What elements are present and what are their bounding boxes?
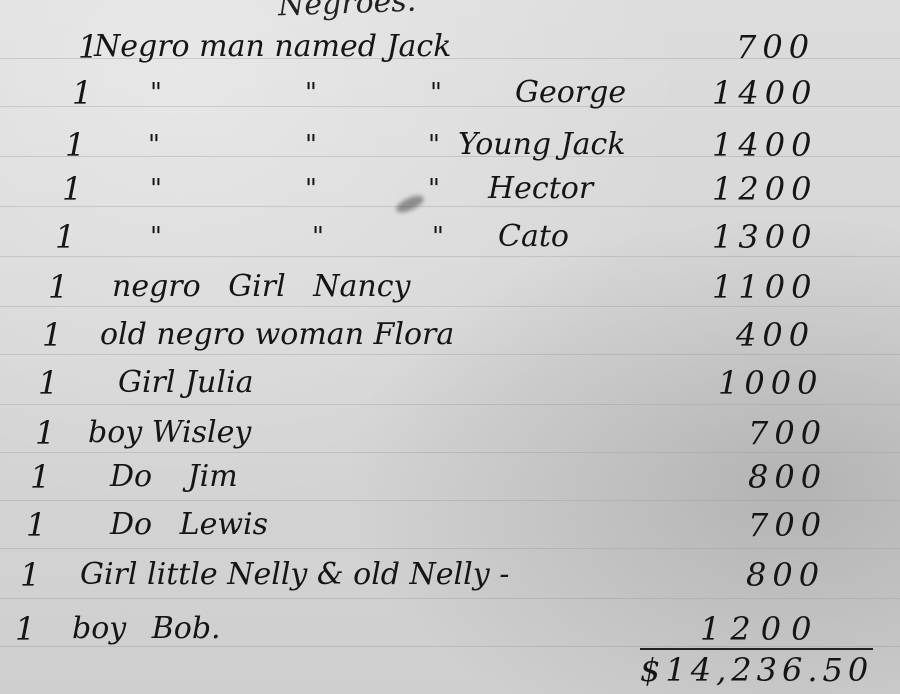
entry-value: 1300 (712, 212, 817, 262)
entry-value: 1000 (718, 358, 823, 408)
entry-quantity: 1 (42, 310, 62, 360)
entry-description: negro Girl Nancy (112, 262, 410, 312)
ledger-entry: 1 Do Jim 800 (0, 452, 900, 502)
ledger-entry: 1 Girl little Nelly & old Nelly - 800 (0, 550, 900, 600)
entry-description: Do Lewis (110, 500, 268, 550)
entry-quantity: 1 (20, 550, 40, 600)
entry-quantity: 1 (48, 262, 68, 312)
ditto-mark: " (312, 212, 324, 262)
entry-value: 1200 (712, 164, 817, 214)
ledger-entry: 1 " " " Young Jack 1400 (0, 120, 900, 170)
entry-description: old negro woman Flora (100, 310, 454, 360)
ledger-entry: 1 boy Bob. 1200 (0, 604, 900, 654)
ditto-mark: " (150, 212, 162, 262)
ledger-entry: 1 Girl Julia 1000 (0, 358, 900, 408)
ditto-mark: " (305, 68, 317, 118)
entry-value: 1400 (712, 68, 817, 118)
entry-value: 700 (748, 500, 827, 550)
entry-quantity: 1 (65, 120, 85, 170)
entry-value: 700 (748, 408, 827, 458)
entry-quantity: 1 (30, 452, 50, 502)
ledger-entry: 1 boy Wisley 700 (0, 408, 900, 458)
ditto-mark: " (148, 120, 160, 170)
entry-value: 1100 (712, 262, 817, 312)
ditto-mark: " (150, 68, 162, 118)
entry-quantity: 1 (72, 68, 92, 118)
entry-name: Young Jack (458, 120, 626, 170)
ledger-entry: 1 Negro man named Jack 700 (0, 22, 900, 72)
ledger-entry: 1 " " " George 1400 (0, 68, 900, 118)
grand-total: $14,236.50 (640, 648, 873, 690)
ledger-entry: 1 Do Lewis 700 (0, 500, 900, 550)
ditto-mark: " (430, 68, 442, 118)
ditto-mark: " (150, 164, 162, 214)
entry-description: Girl Julia (118, 358, 253, 408)
entry-value: 700 (736, 22, 815, 72)
entry-description: Negro man named Jack (94, 22, 451, 72)
entry-value: 400 (736, 310, 815, 360)
ditto-mark: " (428, 164, 440, 214)
ditto-mark: " (428, 120, 440, 170)
ledger-entry: 1 old negro woman Flora 400 (0, 310, 900, 360)
ledger-page: Negroes. 1 Negro man named Jack 700 1 " … (0, 0, 900, 694)
entry-value: 1400 (712, 120, 817, 170)
header-fragment: Negroes. (277, 0, 416, 23)
entry-description: Do Jim (110, 452, 238, 502)
entry-description: boy Wisley (88, 408, 251, 458)
entry-quantity: 1 (38, 358, 58, 408)
entry-value: 1200 (700, 604, 821, 654)
entry-value: 800 (746, 550, 825, 600)
ledger-entry: 1 " " " Hector 1200 (0, 164, 900, 214)
entry-quantity: 1 (26, 500, 46, 550)
ledger-entry: 1 negro Girl Nancy 1100 (0, 262, 900, 312)
entry-name: Cato (498, 212, 569, 262)
entry-quantity: 1 (15, 604, 35, 654)
entry-name: George (515, 68, 626, 118)
entry-quantity: 1 (55, 212, 75, 262)
ditto-mark: " (432, 212, 444, 262)
entry-quantity: 1 (35, 408, 55, 458)
entry-description: Girl little Nelly & old Nelly - (80, 550, 509, 600)
ditto-mark: " (305, 164, 317, 214)
entry-value: 800 (748, 452, 827, 502)
entry-description: boy Bob. (72, 604, 221, 654)
ditto-mark: " (305, 120, 317, 170)
entry-quantity: 1 (62, 164, 82, 214)
entry-name: Hector (488, 164, 593, 214)
ledger-entry: 1 " " " Cato 1300 (0, 212, 900, 262)
